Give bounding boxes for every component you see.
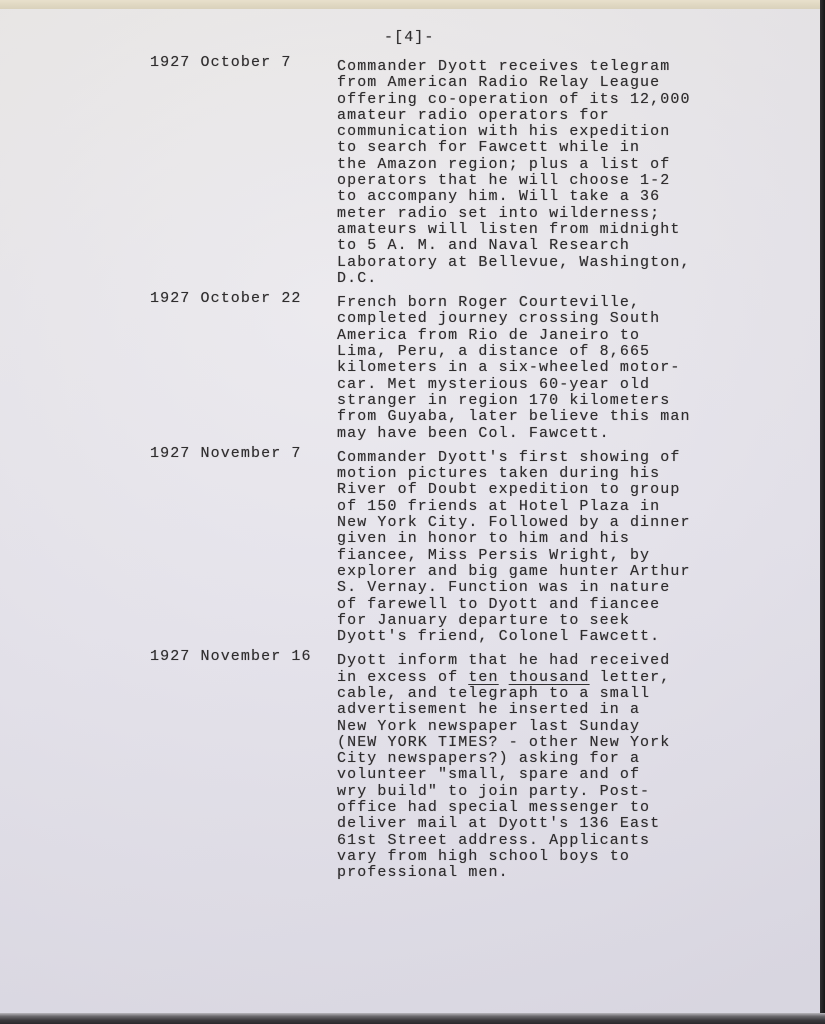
body-line: to search for Fawcett while in — [337, 140, 790, 156]
body-line: River of Doubt expedition to group — [337, 482, 790, 498]
body-line: the Amazon region; plus a list of — [337, 157, 790, 173]
body-line: advertisement he inserted in a — [337, 702, 790, 718]
text-segment: letter, — [590, 669, 671, 686]
entry-body: Commander Dyott's first showing ofmotion… — [337, 450, 790, 646]
entry-date: 1927 October 7 — [150, 55, 337, 283]
body-line: Lima, Peru, a distance of 8,665 — [337, 344, 790, 360]
photo-top-edge — [0, 0, 825, 9]
body-line: completed journey crossing South — [337, 311, 790, 327]
body-line: volunteer "small, spare and of — [337, 767, 790, 783]
body-line: to accompany him. Will take a 36 — [337, 189, 790, 205]
chronology-list: 1927 October 7Commander Dyott receives t… — [150, 59, 790, 890]
body-line: D.C. — [337, 271, 790, 287]
entry-date: 1927 November 16 — [150, 649, 337, 877]
underlined-text: thousand — [509, 669, 590, 686]
entry-body: Commander Dyott receives telegramfrom Am… — [337, 59, 790, 287]
body-line: Laboratory at Bellevue, Washington, — [337, 255, 790, 271]
entry-body: French born Roger Courteville,completed … — [337, 295, 790, 442]
body-line: of farewell to Dyott and fiancee — [337, 597, 790, 613]
body-line: amateurs will listen from midnight — [337, 222, 790, 238]
entry-date: 1927 October 22 — [150, 291, 337, 438]
chronology-entry: 1927 November 7Commander Dyott's first s… — [150, 450, 790, 646]
underlined-text: ten — [468, 669, 498, 686]
body-line: Dyott's friend, Colonel Fawcett. — [337, 629, 790, 645]
body-line: given in honor to him and his — [337, 531, 790, 547]
body-line: professional men. — [337, 865, 790, 881]
body-line: deliver mail at Dyott's 136 East — [337, 816, 790, 832]
page-sheet: -[4]- 1927 October 7Commander Dyott rece… — [0, 0, 825, 1024]
body-line: explorer and big game hunter Arthur — [337, 564, 790, 580]
chronology-entry: 1927 November 16Dyott inform that he had… — [150, 653, 790, 881]
body-line: amateur radio operators for — [337, 108, 790, 124]
body-line: fiancee, Miss Persis Wright, by — [337, 548, 790, 564]
photo-bottom-edge — [0, 1013, 825, 1024]
body-line: communication with his expedition — [337, 124, 790, 140]
body-line: Commander Dyott's first showing of — [337, 450, 790, 466]
entry-date: 1927 November 7 — [150, 446, 337, 642]
page-number: -[4]- — [384, 30, 435, 46]
body-line: in excess of ten thousand letter, — [337, 670, 790, 686]
body-line: New York City. Followed by a dinner — [337, 515, 790, 531]
body-line: to 5 A. M. and Naval Research — [337, 238, 790, 254]
body-line: New York newspaper last Sunday — [337, 719, 790, 735]
body-line: for January departure to seek — [337, 613, 790, 629]
text-segment — [499, 669, 509, 686]
body-line: cable, and telegraph to a small — [337, 686, 790, 702]
body-line: 61st Street address. Applicants — [337, 833, 790, 849]
body-line: vary from high school boys to — [337, 849, 790, 865]
body-line: of 150 friends at Hotel Plaza in — [337, 499, 790, 515]
body-line: (NEW YORK TIMES? - other New York — [337, 735, 790, 751]
body-line: French born Roger Courteville, — [337, 295, 790, 311]
body-line: from American Radio Relay League — [337, 75, 790, 91]
body-line: motion pictures taken during his — [337, 466, 790, 482]
document-photo: -[4]- 1927 October 7Commander Dyott rece… — [0, 0, 825, 1024]
text-segment: in excess of — [337, 669, 468, 686]
body-line: from Guyaba, later believe this man — [337, 409, 790, 425]
entry-body: Dyott inform that he had receivedin exce… — [337, 653, 790, 881]
chronology-entry: 1927 October 7Commander Dyott receives t… — [150, 59, 790, 287]
body-line: City newspapers?) asking for a — [337, 751, 790, 767]
body-line: office had special messenger to — [337, 800, 790, 816]
body-line: stranger in region 170 kilometers — [337, 393, 790, 409]
body-line: Commander Dyott receives telegram — [337, 59, 790, 75]
body-line: meter radio set into wilderness; — [337, 206, 790, 222]
body-line: S. Vernay. Function was in nature — [337, 580, 790, 596]
body-line: operators that he will choose 1-2 — [337, 173, 790, 189]
body-line: may have been Col. Fawcett. — [337, 426, 790, 442]
photo-right-edge — [820, 0, 825, 1024]
chronology-entry: 1927 October 22French born Roger Courtev… — [150, 295, 790, 442]
body-line: Dyott inform that he had received — [337, 653, 790, 669]
body-line: wry build" to join party. Post- — [337, 784, 790, 800]
body-line: kilometers in a six-wheeled motor- — [337, 360, 790, 376]
body-line: car. Met mysterious 60-year old — [337, 377, 790, 393]
body-line: America from Rio de Janeiro to — [337, 328, 790, 344]
body-line: offering co-operation of its 12,000 — [337, 92, 790, 108]
